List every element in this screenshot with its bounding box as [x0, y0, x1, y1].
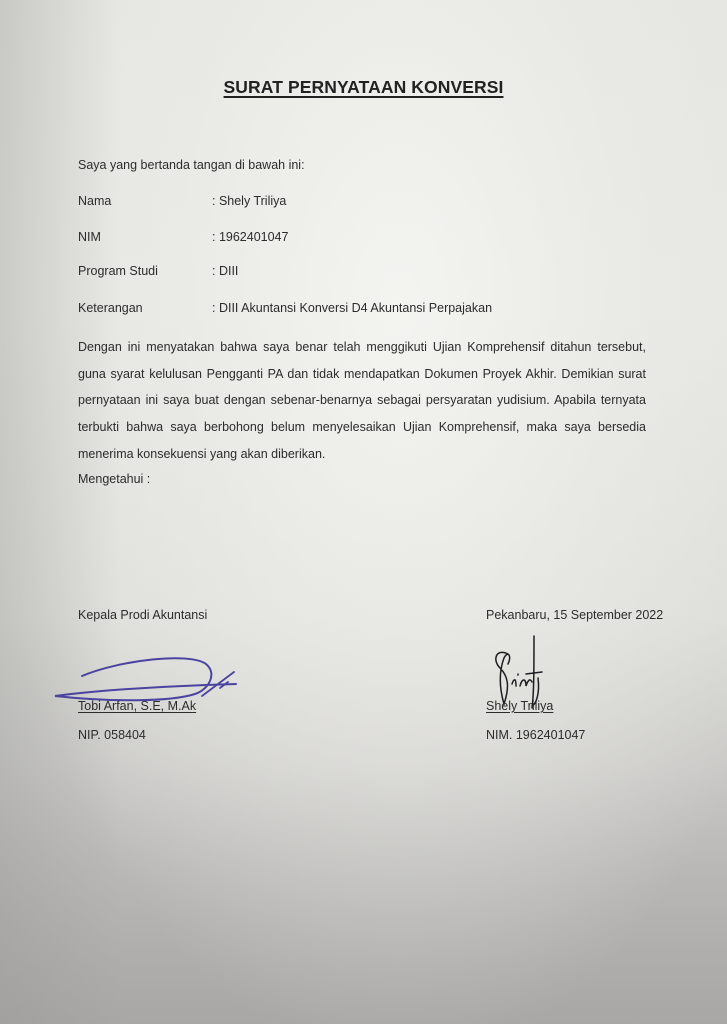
statement-line: pernyataan ini saya buat dengan sebenar-… [78, 387, 646, 414]
statement-line: terbukti bahwa saya berbohong belum meny… [78, 414, 646, 441]
statement-line: guna syarat kelulusan Pengganti PA dan t… [78, 361, 646, 388]
intro-text: Saya yang bertanda tangan di bawah ini: [78, 158, 305, 172]
field-value-nama: : Shely Triliya [212, 194, 286, 208]
document-page: SURAT PERNYATAAN KONVERSI Saya yang bert… [0, 0, 727, 1024]
left-signatory-nip: NIP. 058404 [78, 728, 146, 742]
field-value-keterangan: : DIII Akuntansi Konversi D4 Akuntansi P… [212, 301, 492, 315]
right-signatory-nim: NIM. 1962401047 [486, 728, 585, 742]
left-signatory-name: Tobi Arfan, S.E, M.Ak [78, 699, 196, 713]
acknowledged-label: Mengetahui : [78, 472, 150, 486]
statement-paragraph: Dengan ini menyatakan bahwa saya benar t… [78, 334, 646, 467]
field-value-nim: : 1962401047 [212, 230, 288, 244]
field-value-program-studi: : DIII [212, 264, 238, 278]
statement-line: menerima konsekuensi yang akan diberikan… [78, 441, 646, 468]
field-label-nim: NIM [78, 230, 101, 244]
right-signatory-name: Shely Triliya [486, 699, 553, 713]
field-label-keterangan: Keterangan [78, 301, 143, 315]
left-signatory-role: Kepala Prodi Akuntansi [78, 608, 207, 622]
field-label-program-studi: Program Studi [78, 264, 158, 278]
place-date: Pekanbaru, 15 September 2022 [486, 608, 663, 622]
document-title: SURAT PERNYATAAN KONVERSI [0, 77, 727, 98]
statement-line: Dengan ini menyatakan bahwa saya benar t… [78, 334, 646, 361]
field-label-nama: Nama [78, 194, 111, 208]
